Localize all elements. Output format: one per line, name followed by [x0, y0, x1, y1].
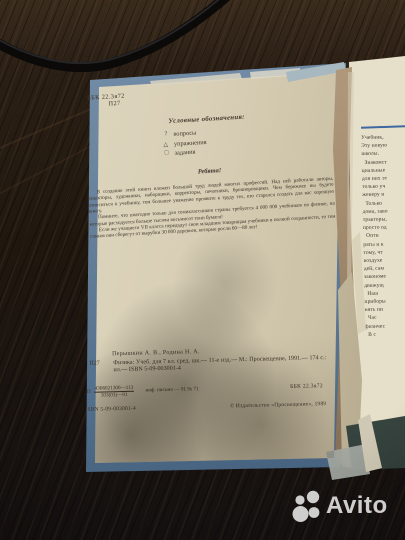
legend-label: вопросы: [167, 129, 196, 138]
photo-scene: Учебник,Эту новуюшколы. Знакомстциальные…: [0, 0, 405, 540]
intro-text-column: Учебник,Эту новуюшколы. Знакомстциальные…: [361, 133, 405, 339]
avito-watermark: Avito: [291, 489, 388, 523]
avito-logo-icon: [291, 489, 323, 523]
bbk-code-bottom: ББК 22.3я72: [290, 383, 329, 390]
legend-symbol-icon: △: [154, 141, 168, 149]
legend-label: упражнения: [168, 138, 207, 147]
imprint-description: Физика: Учеб. для 7 кл. сред. шк.— 11-е …: [113, 354, 328, 374]
isbn: ISBN 5-09-003001-4: [85, 406, 136, 413]
catalog-row: П 4306021300—113 103(03)—91 инф. письмо …: [83, 380, 329, 399]
imprint-block: Перышкин А. В., Родина Н. А. П27 Физика:…: [82, 346, 329, 413]
legend-symbol-icon: ?: [153, 131, 167, 139]
intro-text-line: В с: [365, 330, 405, 339]
catalog-fraction: 4306021300—113 103(03)—91: [94, 384, 135, 398]
legend-symbol-icon: □: [154, 150, 168, 158]
colophon-text: ББК 22.3я72 П27 Условные обозначения: ? …: [82, 81, 336, 241]
avito-wordmark: Avito: [326, 492, 388, 520]
catalog-note: инф. письмо — 91 № 71: [145, 386, 198, 393]
catalog-denominator: 103(03)—91: [94, 391, 135, 398]
legend-label: задания: [168, 149, 195, 158]
imprint-entry-code: П27: [82, 360, 113, 376]
catalog-prefix: П: [87, 389, 91, 395]
imprint-entry: П27 Физика: Учеб. для 7 кл. сред. шк.— 1…: [82, 354, 328, 375]
